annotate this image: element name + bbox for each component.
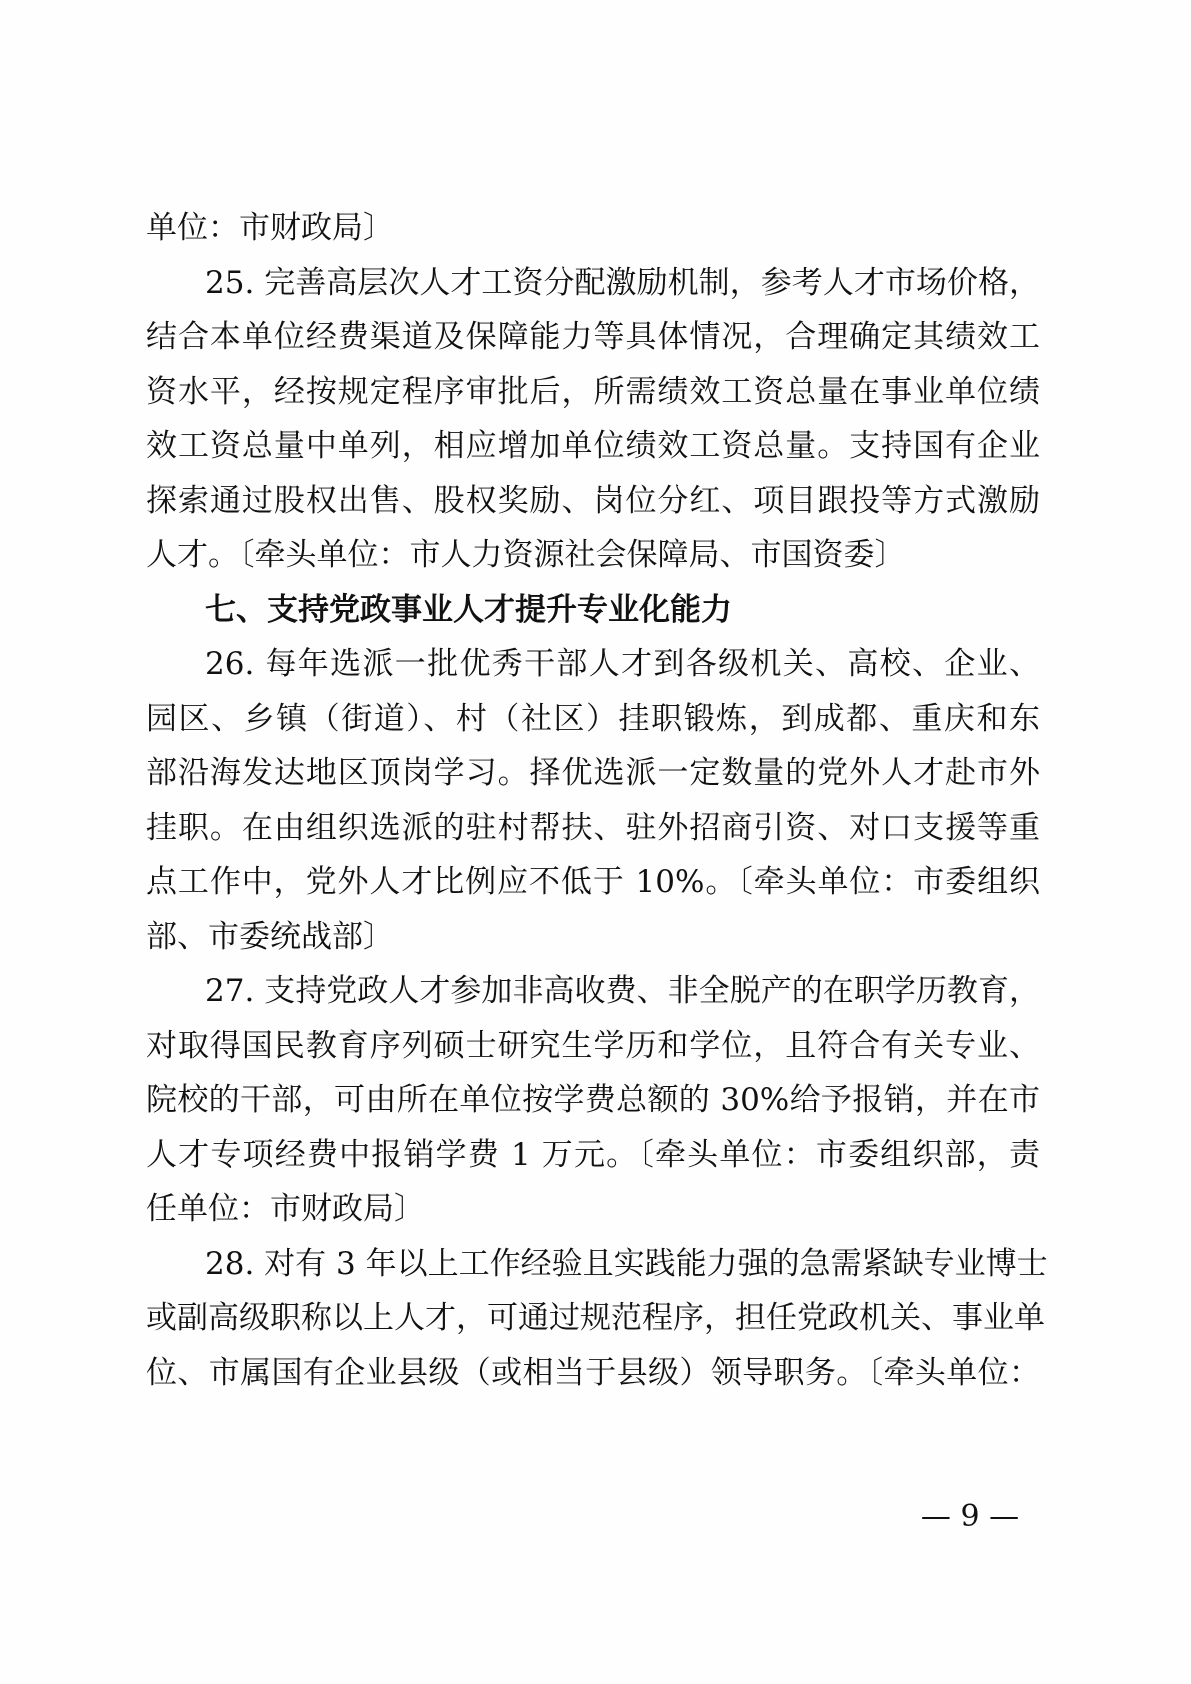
text-line: 部沿海发达地区顶岗学习。择优选派一定数量的党外人才赴市外: [146, 753, 1040, 793]
text-line: 或副高级职称以上人才，可通过规范程序，担任党政机关、事业单: [146, 1298, 1040, 1338]
text-line: 位、市属国有企业县级（或相当于县级）领导职务。〔牵头单位：: [146, 1353, 1040, 1393]
text-line: 对取得国民教育序列硕士研究生学历和学位，且符合有关专业、: [146, 1026, 1040, 1066]
paragraph-25-line: 25. 完善高层次人才工资分配激励机制，参考人才市场价格，: [205, 263, 1040, 303]
text-line: 院校的干部，可由所在单位按学费总额的 30%给予报销，并在市: [146, 1080, 1040, 1120]
text-line: 任单位：市财政局〕: [146, 1189, 1040, 1229]
text-line: 效工资总量中单列，相应增加单位绩效工资总量。支持国有企业: [146, 426, 1040, 466]
text-line: 单位：市财政局〕: [146, 208, 1040, 248]
text-line: 人才专项经费中报销学费 1 万元。〔牵头单位：市委组织部，责: [146, 1135, 1040, 1175]
document-page: 单位：市财政局〕 25. 完善高层次人才工资分配激励机制，参考人才市场价格， 结…: [0, 0, 1191, 1684]
paragraph-27-line: 27. 支持党政人才参加非高收费、非全脱产的在职学历教育，: [205, 971, 1040, 1011]
text-line: 点工作中，党外人才比例应不低于 10%。〔牵头单位：市委组织: [146, 862, 1040, 902]
section-heading: 七、支持党政事业人才提升专业化能力: [205, 590, 1040, 630]
paragraph-26-line: 26. 每年选派一批优秀干部人才到各级机关、高校、企业、: [205, 644, 1040, 684]
text-line: 资水平，经按规定程序审批后，所需绩效工资总量在事业单位绩: [146, 372, 1040, 412]
text-line: 探索通过股权出售、股权奖励、岗位分红、项目跟投等方式激励: [146, 481, 1040, 521]
text-line: 部、市委统战部〕: [146, 917, 1040, 957]
text-line: 结合本单位经费渠道及保障能力等具体情况，合理确定其绩效工: [146, 317, 1040, 357]
paragraph-28-line: 28. 对有 3 年以上工作经验且实践能力强的急需紧缺专业博士: [205, 1244, 1040, 1284]
text-line: 园区、乡镇（街道）、村（社区）挂职锻炼，到成都、重庆和东: [146, 699, 1040, 739]
text-line: 挂职。在由组织选派的驻村帮扶、驻外招商引资、对口支援等重: [146, 808, 1040, 848]
page-number: — 9 —: [900, 1497, 1040, 1537]
text-line: 人才。〔牵头单位：市人力资源社会保障局、市国资委〕: [146, 535, 1040, 575]
